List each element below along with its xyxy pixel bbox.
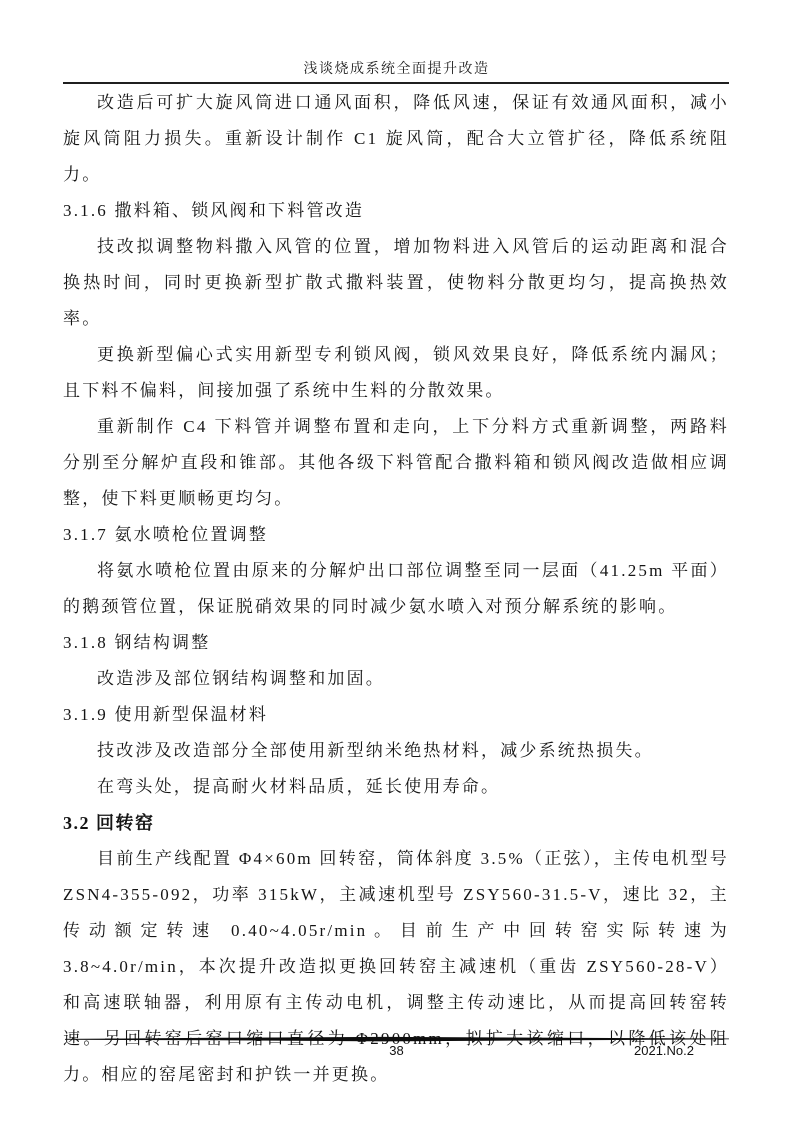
- paragraph-elbow-refractory: 在弯头处，提高耐火材料品质，延长使用寿命。: [63, 769, 729, 805]
- document-body: 改造后可扩大旋风筒进口通风面积，降低风速，保证有效通风面积，减小旋风筒阻力损失。…: [63, 85, 729, 1093]
- section-heading-3-1-6: 3.1.6 撒料箱、锁风阀和下料管改造: [63, 193, 729, 229]
- paragraph-insulation: 技改涉及改造部分全部使用新型纳米绝热材料，减少系统热损失。: [63, 733, 729, 769]
- section-heading-3-1-8: 3.1.8 钢结构调整: [63, 625, 729, 661]
- section-heading-3-1-9: 3.1.9 使用新型保温材料: [63, 697, 729, 733]
- header-rule: [63, 82, 729, 84]
- footer-rule: [65, 1036, 729, 1043]
- paragraph-ammonia-lance: 将氨水喷枪位置由原来的分解炉出口部位调整至同一层面（41.25m 平面）的鹅颈管…: [63, 553, 729, 625]
- running-header-title: 浅谈烧成系统全面提升改造: [0, 58, 793, 78]
- paragraph-c4-feed-pipe: 重新制作 C4 下料管并调整布置和走向，上下分料方式重新调整，两路料分别至分解炉…: [63, 409, 729, 517]
- issue-number: 2021.No.2: [634, 1043, 694, 1058]
- paragraph-lock-valve: 更换新型偏心式实用新型专利锁风阀，锁风效果良好，降低系统内漏风；且下料不偏料，间…: [63, 337, 729, 409]
- section-heading-3-1-7: 3.1.7 氨水喷枪位置调整: [63, 517, 729, 553]
- paragraph-steel-structure: 改造涉及部位钢结构调整和加固。: [63, 661, 729, 697]
- document-page: 浅谈烧成系统全面提升改造 改造后可扩大旋风筒进口通风面积，降低风速，保证有效通风…: [0, 0, 793, 1122]
- section-heading-3-2: 3.2 回转窑: [63, 805, 729, 841]
- paragraph-cyclone-inlet: 改造后可扩大旋风筒进口通风面积，降低风速，保证有效通风面积，减小旋风筒阻力损失。…: [63, 85, 729, 193]
- paragraph-spreader-box: 技改拟调整物料撒入风管的位置，增加物料进入风管后的运动距离和混合换热时间，同时更…: [63, 229, 729, 337]
